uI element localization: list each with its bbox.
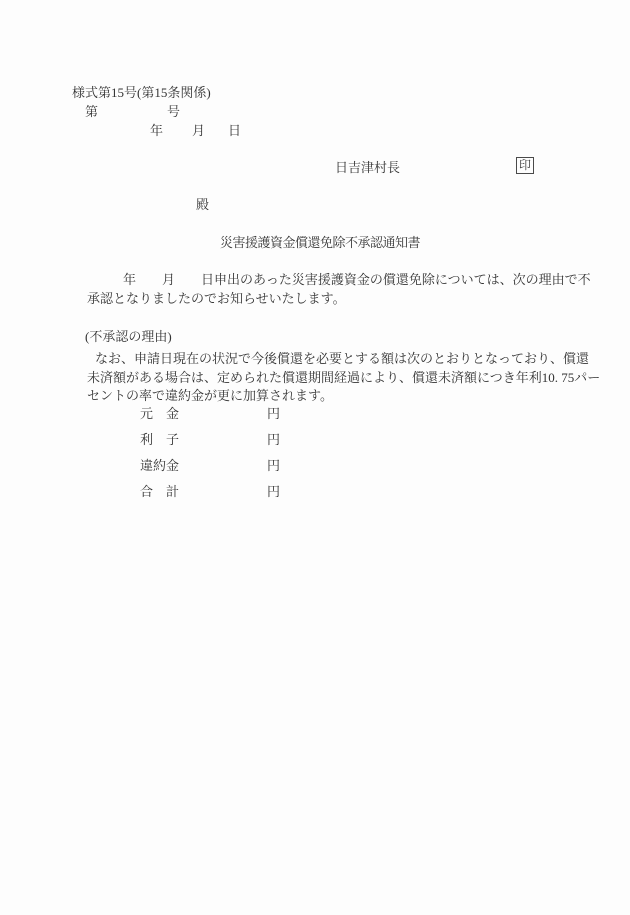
body-paragraph1-line1: 年 月 日申出のあった災害援護資金の償還免除については、次の理由で不 <box>123 273 591 288</box>
amount-label-penalty: 違約金 <box>140 459 179 474</box>
amount-unit-penalty: 円 <box>267 459 280 474</box>
doc-number-prefix: 第 <box>85 105 98 120</box>
body-paragraph1-line2: 承認となりましたのでお知らせいたします。 <box>87 292 346 307</box>
body-paragraph2-line3: セントの率で違約金が更に加算されます。 <box>87 389 333 404</box>
amount-label-interest: 利 子 <box>140 433 179 448</box>
document-title: 災害援護資金償還免除不承認通知書 <box>220 236 420 251</box>
date-day-label: 日 <box>228 124 241 139</box>
amount-label-principal: 元 金 <box>140 407 179 422</box>
date-month-label: 月 <box>192 124 205 139</box>
form-number: 様式第15号(第15条関係) <box>72 86 211 101</box>
doc-number-suffix: 号 <box>167 105 180 120</box>
seal-mark: 印 <box>516 157 534 174</box>
amount-unit-principal: 円 <box>267 407 280 422</box>
sender-name: 日吉津村長 <box>335 161 400 176</box>
date-year-label: 年 <box>150 124 163 139</box>
amount-label-total: 合 計 <box>140 485 179 500</box>
body-paragraph2-line1: なお、申請日現在の状況で今後償還を必要とする額は次のとおりとなっており、償還 <box>95 352 589 367</box>
body-paragraph2-line2: 未済額がある場合は、定められた償還期間経過により、償還未済額につき年利10. 7… <box>87 371 600 386</box>
addressee-suffix: 殿 <box>196 198 209 213</box>
amount-unit-interest: 円 <box>267 433 280 448</box>
amount-unit-total: 円 <box>267 485 280 500</box>
reason-heading: (不承認の理由) <box>85 330 172 345</box>
document-page: 様式第15号(第15条関係) 第 号 年 月 日 日吉津村長 印 殿 災害援護資… <box>0 0 630 915</box>
